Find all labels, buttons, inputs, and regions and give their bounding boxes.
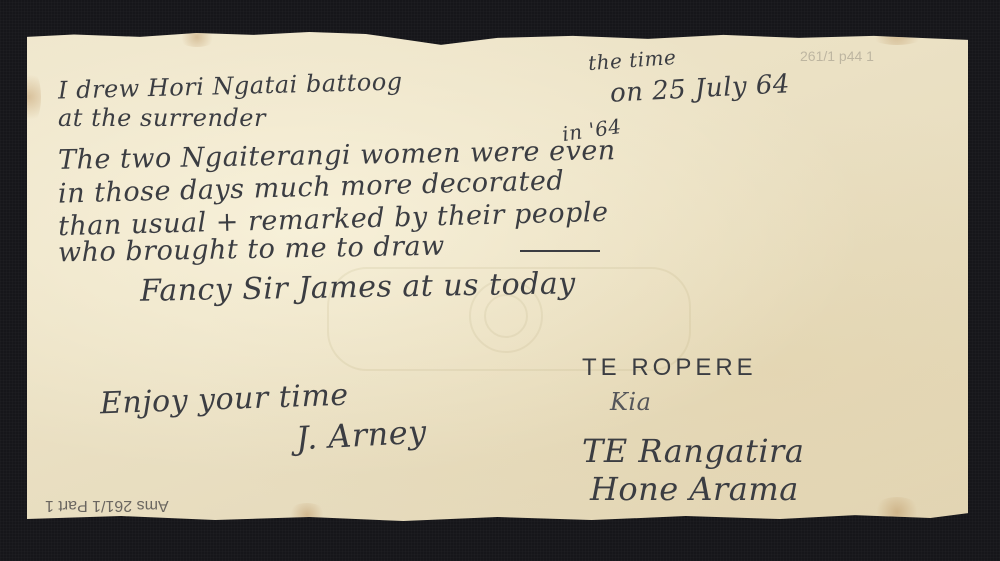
pencil-catalog-mark: 261/1 p44 1 <box>800 48 874 64</box>
name-hone-arama: Hone Arama <box>590 470 799 508</box>
archive-reference: Ams 261/1 Part 1 <box>45 496 169 514</box>
underline-dash <box>520 250 600 252</box>
text-line-2: at the surrender <box>58 104 266 132</box>
name-te-ropere: TE ROPERE <box>582 354 757 382</box>
name-te-rangatira: TE Rangatira <box>582 432 804 470</box>
signature: J. Arney <box>295 413 428 458</box>
conjunction-kia: Kia <box>610 388 651 416</box>
